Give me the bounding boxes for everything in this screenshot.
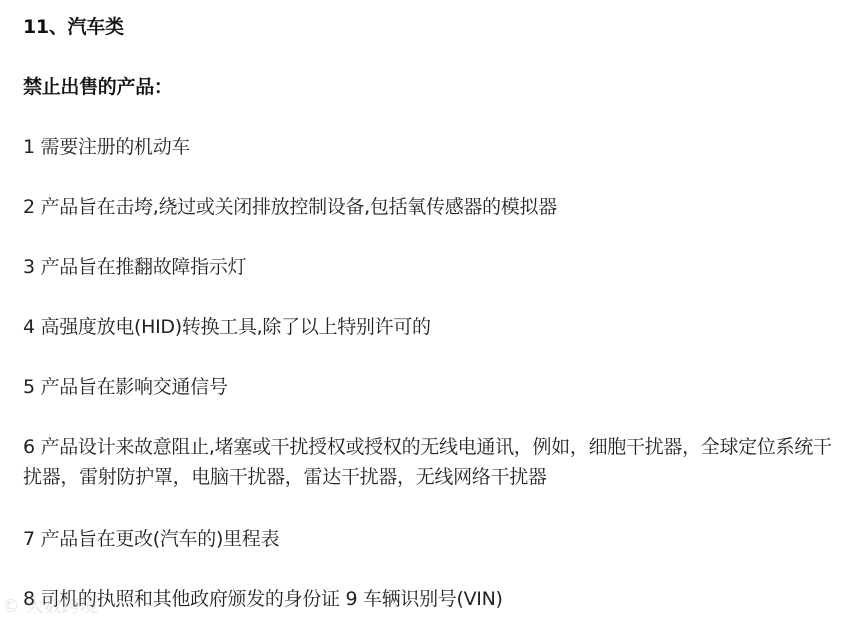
list-item: 2 产品旨在击垮,绕过或关闭排放控制设备,包括氧传感器的模拟器 [23, 192, 557, 222]
list-item: 6 产品设计来故意阻止,堵塞或干扰授权或授权的无线电通讯，例如，细胞干扰器，全球… [23, 432, 838, 492]
list-item: 8 司机的执照和其他政府颁发的身份证 9 车辆识别号(VIN) [23, 584, 503, 614]
list-item: 1 需要注册的机动车 [23, 132, 190, 162]
list-item: 5 产品旨在影响交通信号 [23, 372, 228, 402]
section-subheading: 禁止出售的产品： [23, 72, 173, 102]
list-item: 7 产品旨在更改(汽车的)里程表 [23, 524, 279, 554]
section-heading: 11、汽车类 [23, 12, 124, 42]
list-item: 3 产品旨在推翻故障指示灯 [23, 252, 246, 282]
list-item: 4 高强度放电(HID)转换工具,除了以上特别许可的 [23, 312, 431, 342]
